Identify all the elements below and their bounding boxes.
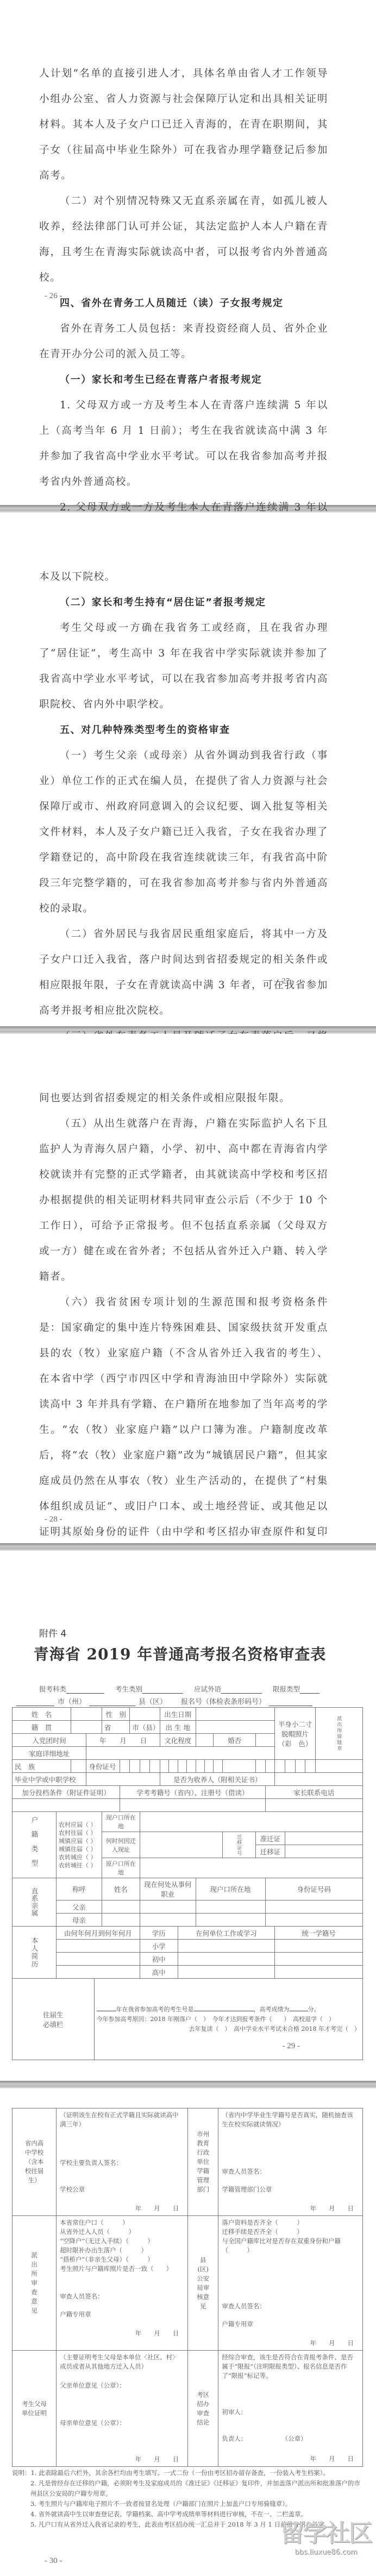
relation-label: 父亲 bbox=[57, 1901, 102, 1914]
resume-period-input[interactable] bbox=[57, 1953, 140, 1966]
resume-header: 统一学籍号 bbox=[275, 1927, 363, 1940]
resume-period-input[interactable] bbox=[57, 1940, 140, 1953]
resume-level: 小学 bbox=[140, 1940, 178, 1953]
current-hukou-label: 现户口所在地 bbox=[102, 1812, 140, 1832]
relative-name-input[interactable] bbox=[102, 1914, 140, 1927]
migration-cert-input[interactable] bbox=[285, 1845, 362, 1858]
meta-field: 限报类型 bbox=[273, 1684, 319, 1694]
id-digit-box[interactable] bbox=[178, 1760, 186, 1773]
annex-label: 附件 4 bbox=[39, 1551, 364, 1639]
relative-name-input[interactable] bbox=[102, 1901, 140, 1914]
birth-date-input[interactable] bbox=[196, 1708, 275, 1721]
relative-id-input[interactable] bbox=[265, 1914, 362, 1927]
school-label: 省内高中学校（含本校往届生） bbox=[12, 2108, 57, 2216]
address-input[interactable] bbox=[86, 1747, 275, 1760]
hukou-options[interactable]: 农村应届（ ）农村往届（ ）城镇应届（ ） 城镇往届（ ）农转城应（ ）农转城往… bbox=[57, 1812, 102, 1878]
paragraph: 考生父母或一方确在我省务工或经商，且在我省办理了“居住证”，考生高中 3 年在我… bbox=[39, 615, 328, 717]
resume-row: 小学 bbox=[12, 1940, 363, 1953]
relative-hukou-input[interactable] bbox=[196, 1914, 265, 1927]
name-label: 姓 名 bbox=[12, 1708, 71, 1721]
relatives-header: 身份证号码 bbox=[265, 1878, 362, 1901]
repeat-student-label: 往届生必填栏 bbox=[12, 1979, 95, 2060]
name-input[interactable] bbox=[71, 1708, 102, 1721]
page-number: - 28 - bbox=[45, 1515, 62, 1524]
review-table: 省内高中学校（含本校往届生） （证明该生在校有正式学籍且实际就读高中满三年） 学… bbox=[12, 2108, 363, 2467]
resume-label: 本人简历 bbox=[12, 1927, 57, 1979]
police-station-review-cell[interactable]: 本省常住户口（ ） 从省外迁入人员（ ） “空降户”（无迁入手续）（ ） 超时限… bbox=[57, 2216, 188, 2351]
party-join-time-label: 入党团时间 bbox=[12, 1734, 86, 1747]
id-digit-box[interactable] bbox=[275, 1760, 285, 1773]
original-hukou-input[interactable] bbox=[140, 1858, 362, 1878]
paragraph: 1. 父母双方或一方及考生本人在青落户连续满 5 年以上（高考当年 6 月 1 … bbox=[39, 393, 328, 495]
resume-period-input[interactable] bbox=[57, 1966, 140, 1979]
native-place-input[interactable] bbox=[71, 1721, 102, 1734]
id-digit-box[interactable] bbox=[265, 1760, 275, 1773]
exam-office-label: 考区招办审查结论 bbox=[188, 2351, 218, 2467]
exam-office-review-cell[interactable]: 经综合审查，该生是否符合在青报考条件、是否属于“限报”（注明限报类型）、报名信息… bbox=[218, 2351, 363, 2467]
subsection-heading: （二）家长和考生持有“居住证”者报考规定 bbox=[39, 590, 328, 615]
gender-input[interactable] bbox=[130, 1708, 160, 1721]
page-number: - 27 - bbox=[277, 977, 295, 986]
police-station-label: 派出所审查意见 bbox=[12, 2216, 57, 2351]
id-digit-box[interactable] bbox=[169, 1760, 178, 1773]
id-digit-box[interactable] bbox=[255, 1760, 265, 1773]
education-label: 文化程度 bbox=[160, 1734, 196, 1747]
relative-job-input[interactable] bbox=[140, 1914, 196, 1927]
ethnicity-label: 民 族 bbox=[12, 1760, 71, 1773]
parent-unit-label: 考生父母单位证明 bbox=[12, 2351, 57, 2467]
relatives-header: 现户口所在地 bbox=[196, 1878, 265, 1901]
resume-unit-input[interactable] bbox=[178, 1966, 275, 1979]
id-digit-box[interactable] bbox=[315, 1760, 362, 1773]
migration-cert-label: 迁移证号 bbox=[222, 1832, 255, 1858]
approval-cert-input[interactable] bbox=[285, 1832, 362, 1845]
paragraph: （五）从出生就落户在青海，户籍在实际监护人名下且监护人为青海久居户籍，小学、初中… bbox=[39, 1111, 328, 1290]
exam-reg-no-input[interactable] bbox=[120, 1799, 265, 1812]
province-label: 省 bbox=[102, 1721, 130, 1734]
relative-job-input[interactable] bbox=[140, 1901, 196, 1914]
page-number: - 30 - bbox=[45, 2556, 62, 2566]
adopted-input[interactable] bbox=[275, 1773, 363, 1786]
approval-cert-label: 准迁证 bbox=[255, 1832, 285, 1845]
reg-no-label: 报名号（体检表条形码号） bbox=[181, 1696, 266, 1706]
form-meta-row: 报考科类 考生类别 应试外语 限报类型 bbox=[39, 1684, 364, 1694]
moved-when-why-label: 何时何因迁入现址 bbox=[102, 1832, 140, 1858]
id-digit-box[interactable] bbox=[160, 1760, 168, 1773]
repeat-student-fields[interactable]: 年在我省参加高考的考生号是，高考成绩为分。 今年参加高考原因：2018 年刚落户… bbox=[94, 1979, 362, 2060]
paragraph: 本及以下院校。 bbox=[39, 564, 328, 590]
relatives-header: 现在何处从事何职业 bbox=[140, 1878, 196, 1901]
id-digit-box[interactable] bbox=[214, 1760, 222, 1773]
relatives-row: 父亲 bbox=[12, 1901, 363, 1914]
id-digit-box[interactable] bbox=[130, 1760, 140, 1773]
county-police-label: 县(区)公安局审核意见 bbox=[188, 2216, 218, 2351]
section-heading: 五、对几种特殊类型考生的资格审查 bbox=[39, 717, 328, 743]
paragraph: （一）考生父亲（或母亲）从省外调动到我省行政（事业）单位工作的正式在编人员，在提… bbox=[39, 743, 328, 921]
id-digit-box[interactable] bbox=[150, 1760, 160, 1773]
document-page-26: 人计划”名单的直接引进人才，具体名单由省人才工作领导小组办公室、省人力资源与社会… bbox=[0, 0, 376, 505]
parent-unit-review-cell[interactable]: （主要证明考生父母是本单位〈社区、村〉成员或者从其他地方迁入人员） 父亲单位意见… bbox=[57, 2351, 188, 2467]
seam-stamp-column: 派出所骑缝章 bbox=[315, 1708, 362, 1760]
paragraph: （六）我省贫困专项计划的生源范围和报考资格条件是：国家确定的集中连片特殊困难县、… bbox=[39, 1290, 328, 1596]
resume-header: 学历 bbox=[140, 1927, 178, 1940]
marital-label: 婚否 bbox=[214, 1734, 255, 1747]
document-page-30: 省内高中学校（含本校往届生） （证明该生在校有正式学籍且实际就读高中满三年） 学… bbox=[0, 2088, 376, 2562]
resume-level: 高中 bbox=[140, 1966, 178, 1979]
resume-unit-input[interactable] bbox=[178, 1953, 275, 1966]
party-join-time-input[interactable]: 年 月 日 bbox=[86, 1734, 160, 1747]
resume-header: 由何年何月到何年何月 bbox=[57, 1927, 140, 1940]
meta-field: 应试外语 bbox=[194, 1684, 262, 1694]
county-label: 县（区） bbox=[139, 1696, 167, 1706]
resume-student-no-input[interactable] bbox=[275, 1953, 363, 1966]
migration-cert-label-2: 迁移证 bbox=[255, 1845, 285, 1858]
id-digit-box[interactable] bbox=[305, 1760, 316, 1773]
paragraph: 人计划”名单的直接引进人才，具体名单由省人才工作领导小组办公室、省人力资源与社会… bbox=[39, 61, 328, 188]
relatives-row: 母亲 bbox=[12, 1914, 363, 1927]
document-page-29: 附件 4 青海省 2019 年普通高考报名资格审查表 报考科类 考生类别 应试外… bbox=[0, 1551, 376, 2081]
city-label: 市（州） bbox=[58, 1696, 86, 1706]
document-page-27: 本及以下院校。 （二）家长和考生持有“居住证”者报考规定 考生父母或一方确在我省… bbox=[0, 513, 376, 1026]
location-row: 市（州） 县（区） 报名号（体检表条形码号） bbox=[16, 1696, 364, 1706]
edu-admin-label: 市州教育行政单位学籍管理部门 bbox=[188, 2108, 218, 2216]
bonus-input[interactable] bbox=[12, 1799, 120, 1812]
resume-header: 在何单位工作或学习 bbox=[178, 1927, 275, 1940]
id-digit-box[interactable] bbox=[222, 1760, 255, 1773]
page-number: - 29 - bbox=[283, 2042, 300, 2051]
id-digit-box[interactable] bbox=[120, 1760, 130, 1773]
relatives-label: 直系亲属 bbox=[12, 1878, 57, 1927]
page-separator bbox=[0, 2081, 376, 2088]
photo-box[interactable]: 半身小二寸脱帽照片（彩 色） bbox=[275, 1708, 315, 1760]
moved-when-why-input[interactable] bbox=[140, 1832, 222, 1858]
id-digit-box[interactable] bbox=[187, 1760, 196, 1773]
page-28-body: 间也要达到省招委规定的相关条件或相应限报年限。 （五）从出生就落户在青海，户籍在… bbox=[0, 1034, 376, 1596]
relatives-header: 姓名 bbox=[102, 1878, 140, 1901]
id-digit-box[interactable] bbox=[140, 1760, 150, 1773]
city-county-label: 市（县） bbox=[130, 1721, 160, 1734]
ethnicity-input[interactable] bbox=[71, 1760, 86, 1773]
resume-student-no-input[interactable] bbox=[275, 1940, 363, 1953]
subsection-heading: （一）家长和考生已经在青落户者报考规定 bbox=[39, 367, 328, 393]
hukou-type-label: 户籍类型 bbox=[12, 1812, 57, 1878]
paragraph: （二）对个别情况特殊又无直系亲属在青，如孤儿被人收养，经法律部门认可并公证，其法… bbox=[39, 188, 328, 291]
section-heading: 四、省外在青务工人员随迁（读）子女报考规定 bbox=[39, 291, 328, 316]
marital-input[interactable] bbox=[255, 1734, 275, 1747]
school-review-cell[interactable]: （证明该生在校有正式学籍且实际就读高中满三年） 学校主要负责人签名： 学校公章 … bbox=[57, 2108, 188, 2216]
resume-student-no-input[interactable] bbox=[275, 1966, 363, 1979]
county-police-review-cell[interactable]: 落户资料是否齐全（ ） 迁移手续是否齐全（ ） 与全国户籍库比对是否存在双重身份… bbox=[218, 2216, 363, 2351]
id-number-label: 身份证号 bbox=[86, 1760, 120, 1773]
resume-level: 初中 bbox=[140, 1953, 178, 1966]
education-input[interactable] bbox=[196, 1734, 214, 1747]
resume-row: 初中 bbox=[12, 1953, 363, 1966]
id-digit-box[interactable] bbox=[285, 1760, 295, 1773]
grad-school-label: 毕业中学或中职学校 bbox=[12, 1773, 86, 1786]
grad-school-input[interactable] bbox=[86, 1773, 160, 1786]
id-digit-box[interactable] bbox=[204, 1760, 213, 1773]
paragraph: 间也要达到省招委规定的相关条件或相应限报年限。 bbox=[39, 1085, 328, 1111]
paragraph: （二）省外居民与我省居民重组家庭后，将其中一方及子女户口迁入我省，落户时间达到省… bbox=[39, 921, 328, 1024]
bonus-label: 加分投档条件（附证件证明） bbox=[12, 1786, 120, 1799]
parent-phone-input[interactable] bbox=[265, 1799, 362, 1812]
relative-hukou-input[interactable] bbox=[196, 1901, 265, 1914]
original-hukou-label: 原户口所在地 bbox=[102, 1858, 140, 1878]
birth-place-label: 出 生 地 bbox=[160, 1721, 196, 1734]
resume-row: 高中 bbox=[12, 1966, 363, 1979]
meta-field: 考生类别 bbox=[115, 1684, 183, 1694]
relatives-header: 称呼 bbox=[57, 1878, 102, 1901]
birth-place-input[interactable] bbox=[196, 1721, 275, 1734]
relative-id-input[interactable] bbox=[265, 1901, 362, 1914]
parent-phone-label: 家长联系电话 bbox=[265, 1786, 362, 1799]
form-title: 青海省 2019 年普通高考报名资格审查表 bbox=[0, 1643, 364, 1664]
adopted-label: 是否为收养人（附相关证书） bbox=[160, 1773, 274, 1786]
resume-unit-input[interactable] bbox=[178, 1940, 275, 1953]
gender-label: 性 别 bbox=[102, 1708, 130, 1721]
page-number: - 26 - bbox=[45, 292, 62, 301]
birth-date-label: 出生日期 bbox=[160, 1708, 196, 1721]
watermark-logo: 留学社区 bbs.liuxue86.com bbox=[280, 2514, 372, 2556]
exam-reg-no-label: 学考考籍号（省内）、注册号（借读） bbox=[120, 1786, 265, 1799]
edu-admin-review-cell[interactable]: （省内中学毕业生学籍号是否真实，随机抽查该生在校实际就读情况） 审查人员签名： … bbox=[218, 2108, 363, 2216]
id-digit-box[interactable] bbox=[295, 1760, 305, 1773]
paragraph: 省外在青务工人员包括：来青投资经商人员、省外企业在青开办分公司的派入员工等。 bbox=[39, 316, 328, 367]
registration-form-table: 姓 名 性 别 出生日期 半身小二寸脱帽照片（彩 色） 派出所骑缝章 籍 贯 省… bbox=[12, 1707, 363, 2060]
current-hukou-input[interactable] bbox=[140, 1812, 362, 1832]
address-label: 家庭详细地址 bbox=[12, 1747, 86, 1760]
meta-field: 报考科类 bbox=[39, 1684, 104, 1694]
document-page-28: 间也要达到省招委规定的相关条件或相应限报年限。 （五）从出生就落户在青海，户籍在… bbox=[0, 1034, 376, 1543]
id-digit-box[interactable] bbox=[196, 1760, 204, 1773]
relation-label: 母亲 bbox=[57, 1914, 102, 1927]
native-place-label: 籍 贯 bbox=[12, 1721, 71, 1734]
